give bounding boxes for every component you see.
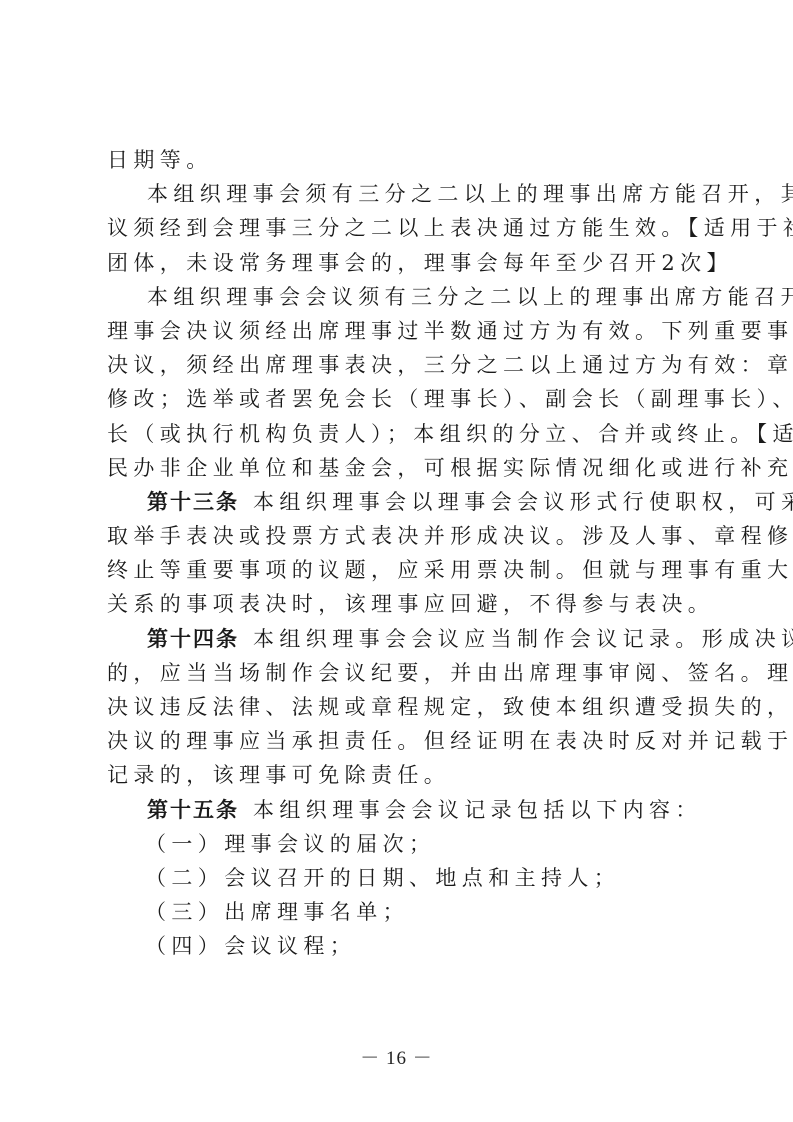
text-line: 决议，须经出席理事表决，三分之二以上通过方为有效：章程的 [107, 348, 697, 382]
article-number: 第十五条 [147, 797, 239, 822]
meeting-record-list: （一）理事会议的届次； （二）会议召开的日期、地点和主持人； （三）出席理事名单… [107, 827, 697, 964]
paragraph-quorum-non-profit: 本组织理事会会议须有三分之二以上的理事出席方能召开， 理事会决议须经出席理事过半… [107, 280, 697, 485]
article-14: 第十四条本组织理事会会议应当制作会议记录。形成决议 的，应当当场制作会议纪要，并… [107, 622, 697, 793]
article-number: 第十四条 [147, 626, 239, 651]
page-number: － 16 － [0, 1043, 793, 1070]
text-line: 决议违反法律、法规或章程规定，致使本组织遭受损失的，参与 [107, 690, 697, 724]
text-line: 长（或执行机构负责人）；本组织的分立、合并或终止。【适用于 [107, 417, 697, 451]
text-line: 决议的理事应当承担责任。但经证明在表决时反对并记载于会议 [107, 724, 697, 758]
text-line: 终止等重要事项的议题，应采用票决制。但就与理事有重大利害 [107, 553, 697, 587]
text-line: 理事会决议须经出席理事过半数通过方为有效。下列重要事项的 [107, 314, 697, 348]
paragraph-continuation: 日期等。 [107, 143, 697, 177]
text-line: 本组织理事会会议须有三分之二以上的理事出席方能召开， [107, 280, 697, 314]
text-line: 的，应当当场制作会议纪要，并由出席理事审阅、签名。理事会 [107, 656, 697, 690]
article-15: 第十五条本组织理事会会议记录包括以下内容： [107, 793, 697, 827]
article-number: 第十三条 [147, 489, 239, 514]
list-item: （三）出席理事名单； [107, 895, 697, 929]
document-page: 日期等。 本组织理事会须有三分之二以上的理事出席方能召开，其决 议须经到会理事三… [107, 143, 697, 964]
text-line: 关系的事项表决时，该理事应回避，不得参与表决。 [107, 587, 697, 621]
text-line: 取举手表决或投票方式表决并形成决议。涉及人事、章程修改、 [107, 519, 697, 553]
text-line: 记录的，该理事可免除责任。 [107, 758, 697, 792]
list-item: （四）会议议程； [107, 929, 697, 963]
article-text: 本组织理事会以理事会会议形式行使职权，可采 [253, 490, 793, 514]
text-line: 第十四条本组织理事会会议应当制作会议记录。形成决议 [107, 622, 697, 656]
text-line: 本组织理事会须有三分之二以上的理事出席方能召开，其决 [107, 177, 697, 211]
text-line: 议须经到会理事三分之二以上表决通过方能生效。【适用于社会 [107, 211, 697, 245]
text-line: 民办非企业单位和基金会，可根据实际情况细化或进行补充】 [107, 451, 697, 485]
text-line: 第十三条本组织理事会以理事会会议形式行使职权，可采 [107, 485, 697, 519]
list-item: （二）会议召开的日期、地点和主持人； [107, 861, 697, 895]
text-line: 修改；选举或者罢免会长（理事长）、副会长（副理事长）、秘书 [107, 382, 697, 416]
paragraph-quorum-social-groups: 本组织理事会须有三分之二以上的理事出席方能召开，其决 议须经到会理事三分之二以上… [107, 177, 697, 280]
text-line: 第十五条本组织理事会会议记录包括以下内容： [107, 793, 697, 827]
article-text: 本组织理事会会议记录包括以下内容： [253, 798, 702, 822]
list-item: （一）理事会议的届次； [107, 827, 697, 861]
article-text: 本组织理事会会议应当制作会议记录。形成决议 [253, 627, 793, 651]
article-13: 第十三条本组织理事会以理事会会议形式行使职权，可采 取举手表决或投票方式表决并形… [107, 485, 697, 622]
text-line: 团体，未设常务理事会的，理事会每年至少召开2次】 [107, 246, 697, 280]
